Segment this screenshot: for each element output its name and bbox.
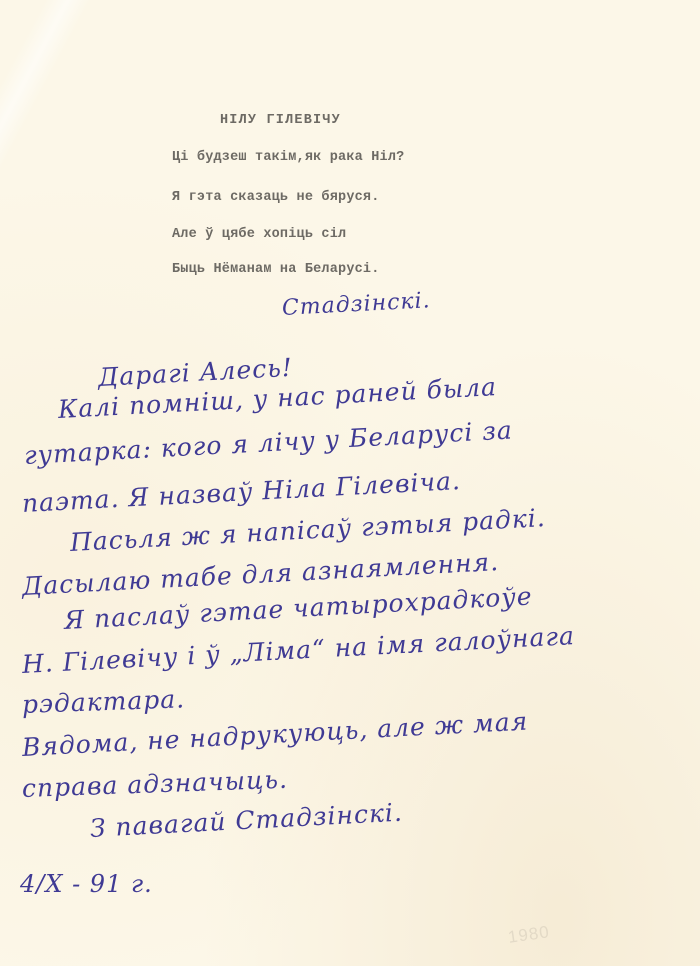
- archive-mark: 1980: [507, 922, 551, 948]
- letter-line-8: рэдактара.: [21, 684, 185, 719]
- poem-title: НІЛУ ГІЛЕВІЧУ: [220, 113, 341, 128]
- poem-line-4: Быць Нёманам на Беларусі.: [172, 262, 380, 277]
- poem-line-3: Але ў цябе хопіць сіл: [172, 227, 346, 242]
- letter-line-2: гутарка: кого я лічу у Беларусі за: [23, 415, 513, 470]
- poem-signature: Стадзінскі.: [281, 288, 431, 321]
- poem-line-2: Я гэта сказаць не бяруся.: [172, 190, 380, 205]
- poem-line-1: Ці будзеш такім,як рака Ніл?: [172, 150, 404, 165]
- letter-date: 4/Х - 91 г.: [20, 870, 153, 898]
- letter-closing-signature: З павагай Стадзінскі.: [89, 798, 403, 843]
- letter-line-10: справа адзначыць.: [21, 765, 288, 803]
- letter-page: НІЛУ ГІЛЕВІЧУ Ці будзеш такім,як рака Ні…: [0, 0, 700, 966]
